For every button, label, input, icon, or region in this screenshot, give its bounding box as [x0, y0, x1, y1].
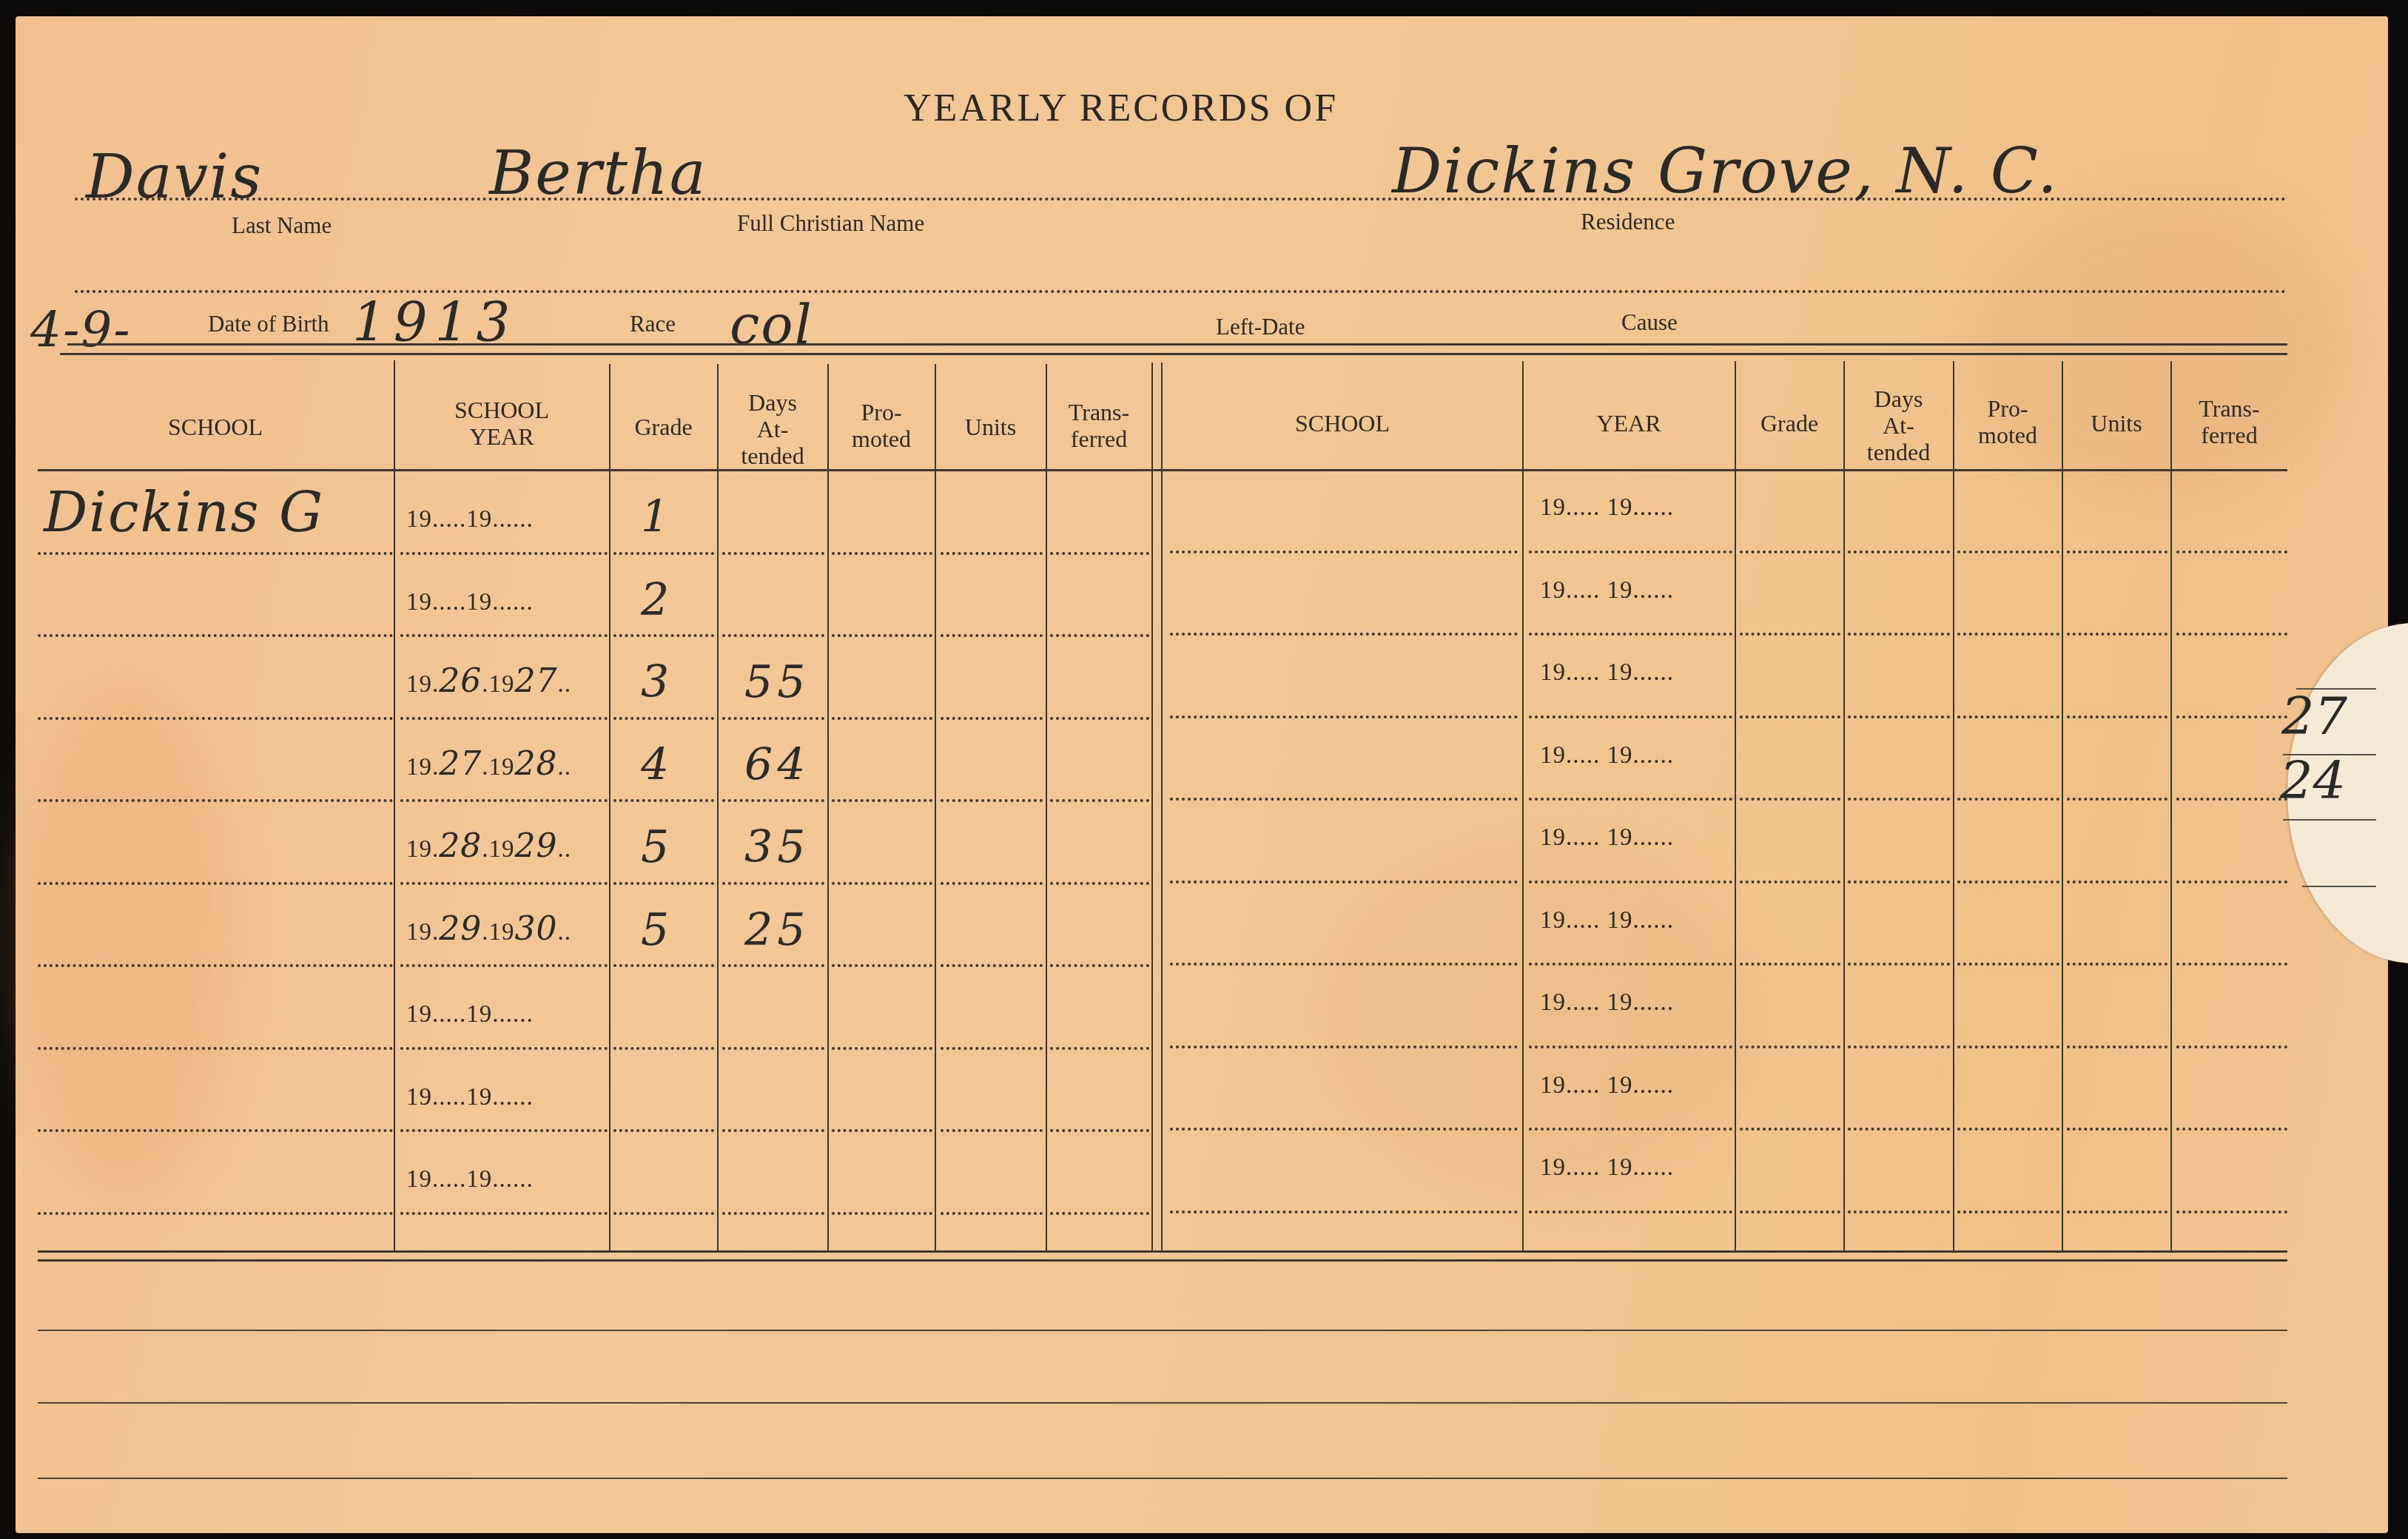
row-dotted-line: [613, 634, 714, 637]
row-dotted-line: [400, 552, 608, 555]
year-value: 26: [439, 662, 482, 700]
row-dotted-line: [1529, 550, 1732, 553]
row-dotted-line: [1740, 880, 1840, 883]
days-attended-cell: 64: [744, 739, 810, 791]
row-dotted-line: [1050, 717, 1149, 720]
row-dotted-line: [2176, 550, 2287, 553]
grade-cell: 5: [641, 821, 669, 873]
grade-cell: 5: [641, 904, 669, 956]
row-dotted-line: [400, 1129, 608, 1132]
row-dotted-line: [1848, 1210, 1950, 1213]
note-line: [38, 1478, 2287, 1479]
year-cell: 19..... 19......: [1540, 659, 1674, 687]
row-dotted-line: [1529, 1045, 1732, 1048]
row-dotted-line: [941, 1129, 1043, 1132]
year-value: 28: [439, 827, 482, 865]
row-dotted-line: [941, 882, 1043, 885]
year-value: 27: [439, 745, 482, 783]
year-century: 19: [406, 754, 432, 781]
row-dotted-line: [38, 552, 393, 555]
row-dotted-line: [1170, 550, 1518, 553]
dots: .: [432, 836, 439, 863]
birth-day-month-value: 4-9-: [30, 301, 132, 358]
row-dotted-line: [1740, 1128, 1840, 1131]
row-dotted-line: [1050, 552, 1149, 555]
dots: ......: [492, 1166, 534, 1193]
row-dotted-line: [38, 1212, 393, 1215]
full-christian-name-value: Bertha: [489, 138, 707, 209]
year-century: 19: [466, 1084, 492, 1111]
header-promoted-right: Pro-moted: [1954, 379, 2062, 464]
row-dotted-line: [1848, 550, 1950, 553]
header-year-right: YEAR: [1523, 383, 1735, 464]
row-dotted-line: [1740, 798, 1840, 801]
school-year-cell: 19.....19......: [406, 580, 534, 618]
dots: ......: [492, 506, 534, 533]
header-underline: [38, 469, 2287, 471]
cause-label: Cause: [1621, 309, 1678, 336]
header-school: SCHOOL: [38, 386, 393, 468]
row-dotted-line: [1848, 1128, 1950, 1131]
dots: ......: [492, 589, 534, 616]
row-dotted-line: [832, 1212, 932, 1215]
year-century: 19: [406, 1166, 432, 1193]
column-divider: [1735, 361, 1736, 1252]
year-value: 30: [515, 910, 558, 948]
last-name-label: Last Name: [232, 212, 332, 239]
row-dotted-line: [400, 717, 608, 720]
header-transferred: Trans-ferred: [1046, 383, 1151, 468]
row-dotted-line: [832, 799, 932, 802]
row-dotted-line: [2067, 550, 2167, 553]
days-attended-cell: 25: [744, 904, 810, 956]
full-christian-name-label: Full Christian Name: [737, 210, 924, 237]
row-dotted-line: [38, 882, 393, 885]
row-dotted-line: [1848, 633, 1950, 636]
year-century: 19: [406, 589, 432, 616]
year-value: 27: [515, 662, 558, 700]
column-divider: [1843, 361, 1845, 1252]
year-century: 19: [466, 1166, 492, 1193]
row-dotted-line: [400, 882, 608, 885]
row-dotted-line: [1529, 1128, 1732, 1131]
double-rule-bottom: [60, 353, 2287, 355]
tab-rule: [2283, 819, 2376, 821]
school-record-card: YEARLY RECORDS OF Davis Bertha Dickins G…: [16, 16, 2388, 1533]
row-dotted-line: [400, 1212, 608, 1215]
column-divider: [2170, 361, 2172, 1252]
row-dotted-line: [38, 1047, 393, 1050]
dots: .....: [432, 589, 466, 616]
year-cell: 19..... 19......: [1540, 989, 1674, 1017]
row-dotted-line: [1529, 1210, 1732, 1213]
row-dotted-line: [832, 1047, 932, 1050]
row-dotted-line: [1848, 1045, 1950, 1048]
row-dotted-line: [1529, 963, 1732, 966]
year-century: 19: [466, 589, 492, 616]
dots: .: [482, 754, 488, 781]
row-dotted-line: [613, 1129, 714, 1132]
row-dotted-line: [613, 552, 714, 555]
residence-value: Dickins Grove, N. C.: [1392, 135, 2059, 207]
row-dotted-line: [613, 717, 714, 720]
row-dotted-line: [941, 799, 1043, 802]
grade-cell: 3: [641, 656, 669, 708]
year-century: 19: [489, 919, 515, 946]
row-dotted-line: [1529, 715, 1732, 718]
header-units-right: Units: [2062, 383, 2170, 464]
row-dotted-line: [2067, 798, 2167, 801]
row-dotted-line: [2176, 1045, 2287, 1048]
year-century: 19: [466, 506, 492, 533]
row-dotted-line: [941, 552, 1043, 555]
column-divider: [827, 364, 829, 1252]
table-separator: [1151, 363, 1153, 1252]
row-dotted-line: [2176, 633, 2287, 636]
row-dotted-line: [722, 882, 824, 885]
header-school-year: SCHOOLYEAR: [394, 383, 609, 464]
days-attended-cell: 55: [744, 656, 810, 708]
row-dotted-line: [2067, 1128, 2167, 1131]
row-dotted-line: [1957, 880, 2059, 883]
row-dotted-line: [1529, 880, 1732, 883]
dots: .: [432, 919, 439, 946]
grade-cell: 2: [641, 574, 669, 626]
row-dotted-line: [1529, 798, 1732, 801]
row-dotted-line: [2176, 880, 2287, 883]
dots: .: [482, 836, 488, 863]
dots: ..: [558, 919, 572, 946]
row-dotted-line: [1050, 1212, 1149, 1215]
dots: ......: [492, 1084, 534, 1111]
column-divider: [609, 364, 611, 1252]
header-grade-right: Grade: [1735, 383, 1843, 464]
row-dotted-line: [1050, 634, 1149, 637]
school-year-cell: 19.....19......: [406, 1075, 534, 1113]
row-dotted-line: [1170, 880, 1518, 883]
dots: .: [482, 919, 488, 946]
year-century: 19: [406, 919, 432, 946]
year-value: 29: [439, 910, 482, 948]
row-dotted-line: [38, 799, 393, 802]
year-century: 19: [406, 506, 432, 533]
row-dotted-line: [832, 1129, 932, 1132]
row-dotted-line: [38, 1129, 393, 1132]
dots: .: [432, 671, 439, 698]
row-dotted-line: [2176, 963, 2287, 966]
note-line: [38, 1330, 2287, 1331]
row-dotted-line: [722, 1129, 824, 1132]
year-century: 19: [406, 836, 432, 863]
row-dotted-line: [2067, 633, 2167, 636]
dots: ..: [558, 754, 572, 781]
row-dotted-line: [1740, 1210, 1840, 1213]
column-divider: [1953, 361, 1954, 1252]
header-transferred-right: Trans-ferred: [2171, 379, 2287, 464]
row-dotted-line: [941, 634, 1043, 637]
row-dotted-line: [941, 1212, 1043, 1215]
row-dotted-line: [832, 552, 932, 555]
row-dotted-line: [1848, 880, 1950, 883]
row-dotted-line: [1957, 715, 2059, 718]
school-year-cell: 19.26.1927..: [406, 662, 571, 700]
row-dotted-line: [1050, 882, 1149, 885]
row-dotted-line: [1957, 550, 2059, 553]
grade-cell: 1: [641, 491, 669, 543]
row-dotted-line: [613, 1047, 714, 1050]
dots: .: [482, 671, 488, 698]
row-dotted-line: [2067, 880, 2167, 883]
row-dotted-line: [2176, 1210, 2287, 1213]
year-century: 19: [466, 1001, 492, 1028]
row-dotted-line: [722, 552, 824, 555]
row-dotted-line: [400, 799, 608, 802]
row-dotted-line: [1050, 799, 1149, 802]
row-dotted-line: [613, 1212, 714, 1215]
row-dotted-line: [1170, 1045, 1518, 1048]
year-cell: 19..... 19......: [1540, 824, 1674, 852]
row-dotted-line: [1957, 1210, 2059, 1213]
year-cell: 19..... 19......: [1540, 1154, 1674, 1182]
row-dotted-line: [2176, 715, 2287, 718]
year-century: 19: [489, 836, 515, 863]
year-century: 19: [406, 1001, 432, 1028]
row-dotted-line: [1170, 633, 1518, 636]
row-dotted-line: [1848, 963, 1950, 966]
year-value: 29: [515, 827, 558, 865]
tab-value: 24: [2280, 750, 2346, 811]
column-divider: [1522, 361, 1524, 1252]
year-century: 19: [406, 1084, 432, 1111]
school-year-cell: 19.27.1928..: [406, 745, 571, 783]
row-dotted-line: [1050, 964, 1149, 967]
dots: ......: [492, 1001, 534, 1028]
school-cell: Dickins G: [44, 481, 324, 545]
row-dotted-line: [400, 964, 608, 967]
column-divider: [2062, 361, 2063, 1252]
row-dotted-line: [1740, 963, 1840, 966]
row-dotted-line: [1957, 1045, 2059, 1048]
column-divider: [935, 364, 936, 1252]
row-dotted-line: [613, 964, 714, 967]
race-label: Race: [630, 311, 676, 337]
row-dotted-line: [832, 717, 932, 720]
column-divider: [717, 364, 719, 1252]
row-dotted-line: [1529, 633, 1732, 636]
tab-rule: [2302, 886, 2376, 887]
row-dotted-line: [1170, 1210, 1518, 1213]
dots: .....: [432, 1001, 466, 1028]
note-line: [38, 1402, 2287, 1404]
bottom-double-rule-top: [38, 1250, 2287, 1253]
row-dotted-line: [1957, 633, 2059, 636]
header-grade: Grade: [610, 386, 717, 468]
school-year-cell: 19.....19......: [406, 992, 534, 1030]
header-units: Units: [935, 386, 1046, 468]
row-dotted-line: [1050, 1129, 1149, 1132]
year-cell: 19..... 19......: [1540, 742, 1674, 769]
row-dotted-line: [2067, 963, 2167, 966]
row-dotted-line: [1740, 1045, 1840, 1048]
left-date-label: Left-Date: [1216, 314, 1305, 340]
row-dotted-line: [1740, 715, 1840, 718]
year-cell: 19..... 19......: [1540, 577, 1674, 605]
paper-stain: [1311, 830, 1755, 1200]
row-dotted-line: [1848, 798, 1950, 801]
card-title: YEARLY RECORDS OF: [904, 87, 1338, 130]
row-dotted-line: [613, 882, 714, 885]
row-dotted-line: [400, 634, 608, 637]
row-dotted-line: [38, 634, 393, 637]
row-dotted-line: [722, 1212, 824, 1215]
row-dotted-line: [2067, 1045, 2167, 1048]
paper-stain: [16, 682, 238, 1200]
header-promoted: Pro-moted: [828, 383, 935, 468]
row-dotted-line: [722, 799, 824, 802]
days-attended-cell: 35: [744, 821, 810, 873]
year-century: 19: [406, 671, 432, 698]
row-dotted-line: [832, 882, 932, 885]
row-dotted-line: [38, 964, 393, 967]
row-dotted-line: [722, 634, 824, 637]
row-dotted-line: [613, 799, 714, 802]
row-dotted-line: [1957, 1128, 2059, 1131]
year-century: 19: [489, 754, 515, 781]
year-century: 19: [489, 671, 515, 698]
row-dotted-line: [1170, 1128, 1518, 1131]
header-days-attended-right: DaysAt-tended: [1844, 379, 1953, 471]
header-school-right: SCHOOL: [1163, 383, 1522, 464]
row-dotted-line: [2067, 715, 2167, 718]
double-rule-top: [67, 343, 2287, 346]
row-dotted-line: [1740, 550, 1840, 553]
row-dotted-line: [2176, 1128, 2287, 1131]
dots: .....: [432, 1084, 466, 1111]
dots: ..: [558, 836, 572, 863]
column-divider: [394, 360, 395, 1252]
row-dotted-line: [832, 634, 932, 637]
row-dotted-line: [2176, 798, 2287, 801]
residence-label: Residence: [1581, 209, 1675, 235]
column-divider: [1046, 364, 1047, 1252]
last-name-value: Davis: [86, 142, 263, 212]
school-year-cell: 19.29.1930..: [406, 910, 571, 948]
year-cell: 19..... 19......: [1540, 1072, 1674, 1099]
row-dotted-line: [1170, 963, 1518, 966]
year-cell: 19..... 19......: [1540, 494, 1674, 522]
row-dotted-line: [400, 1047, 608, 1050]
school-year-cell: 19.....19......: [406, 497, 534, 535]
row-dotted-line: [1957, 963, 2059, 966]
dots: .: [432, 754, 439, 781]
row-dotted-line: [1170, 715, 1518, 718]
date-of-birth-label: Date of Birth: [208, 311, 329, 337]
row-dotted-line: [722, 717, 824, 720]
row-dotted-line: [941, 964, 1043, 967]
row-dotted-line: [941, 717, 1043, 720]
row-dotted-line: [2067, 1210, 2167, 1213]
row-dotted-line: [722, 1047, 824, 1050]
bottom-double-rule-bottom: [38, 1259, 2287, 1262]
dots: .....: [432, 1166, 466, 1193]
row-dotted-line: [1740, 633, 1840, 636]
row-dotted-line: [722, 964, 824, 967]
race-value: col: [730, 294, 813, 356]
school-year-cell: 19.28.1929..: [406, 827, 571, 865]
table-separator: [1161, 363, 1163, 1252]
dots: ..: [558, 671, 572, 698]
dots: .....: [432, 506, 466, 533]
header-days-attended: DaysAt-tended: [718, 383, 827, 475]
year-cell: 19..... 19......: [1540, 907, 1674, 934]
year-value: 28: [515, 745, 558, 783]
row-dotted-line: [38, 717, 393, 720]
row-dotted-line: [1957, 798, 2059, 801]
row-dotted-line: [1170, 798, 1518, 801]
row-dotted-line: [1848, 715, 1950, 718]
row-dotted-line: [832, 964, 932, 967]
school-year-cell: 19.....19......: [406, 1157, 534, 1195]
grade-cell: 4: [641, 739, 669, 791]
row-dotted-line: [941, 1047, 1043, 1050]
row-dotted-line: [1050, 1047, 1149, 1050]
tab-value: 27: [2281, 686, 2347, 747]
